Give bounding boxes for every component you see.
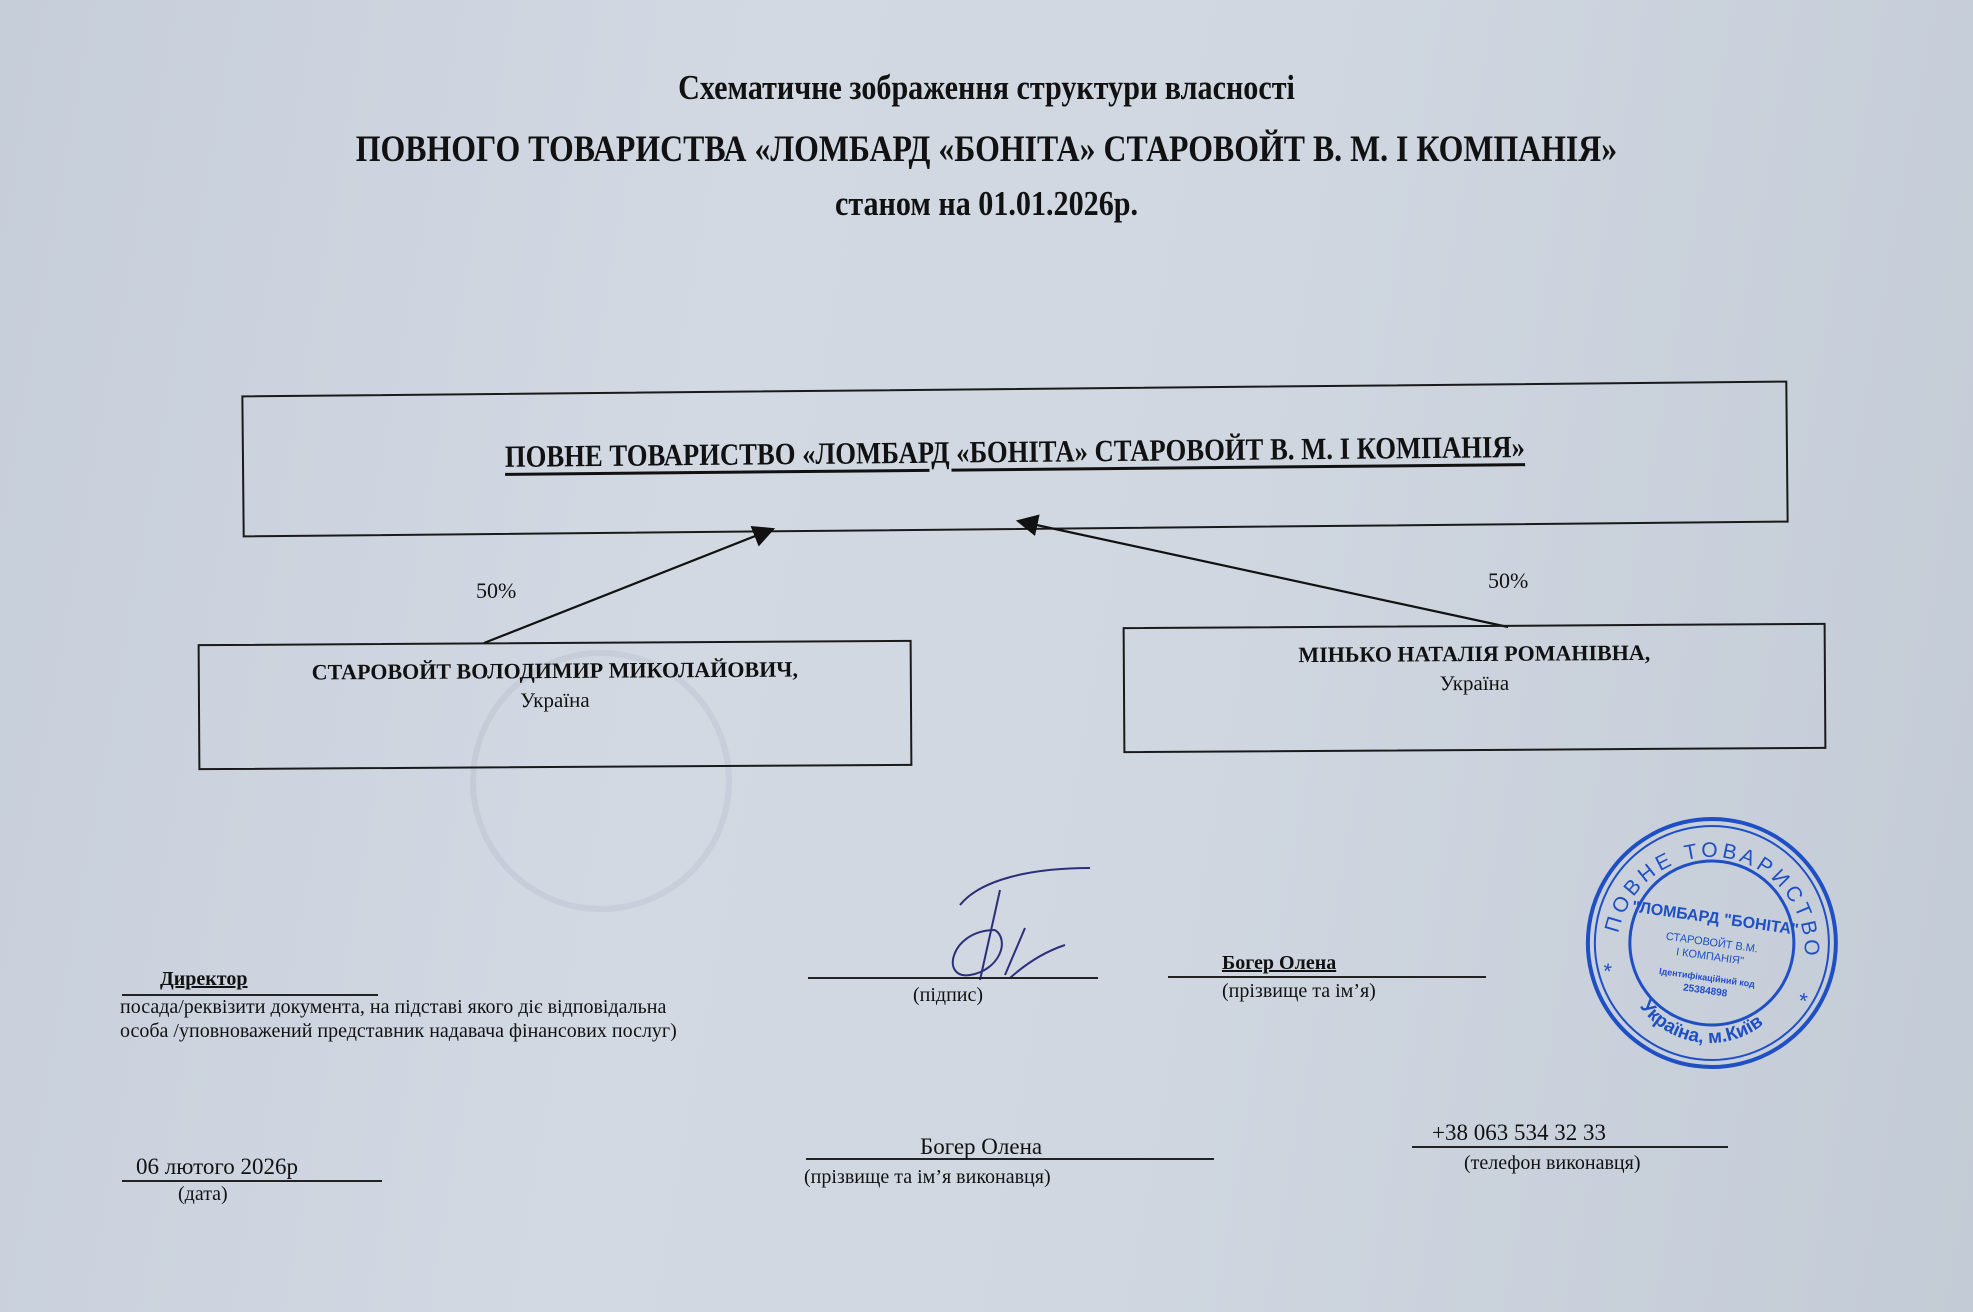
date-value: 06 лютого 2026р xyxy=(136,1154,298,1180)
share-right: 50% xyxy=(1488,568,1528,594)
executor-value: Богер Олена xyxy=(920,1134,1042,1160)
position-field: Директор xyxy=(122,970,378,996)
owner-box: МІНЬКО НАТАЛІЯ РОМАНІВНА, Україна xyxy=(1123,623,1827,753)
executor-field: Богер Олена xyxy=(806,1130,1214,1160)
signature-caption: (підпис) xyxy=(913,984,983,1007)
name-value: Богер Олена xyxy=(1222,952,1336,975)
phone-field: +38 063 534 32 33 xyxy=(1412,1118,1728,1148)
arrow-left-owner xyxy=(484,529,773,643)
arrow-right-owner xyxy=(1018,521,1508,627)
position-value: Директор xyxy=(160,968,248,991)
position-caption-1: посада/реквізити документа, на підставі … xyxy=(120,996,666,1019)
stamp-code-value: 25384898 xyxy=(1682,982,1728,999)
name-caption: (прізвище та ім’я) xyxy=(1222,980,1376,1003)
stamp-line1: "ЛОМБАРД "БОНІТА" xyxy=(1631,899,1800,939)
owner-country: Україна xyxy=(200,686,910,715)
owner-name: МІНЬКО НАТАЛІЯ РОМАНІВНА, xyxy=(1125,639,1824,669)
name-field: Богер Олена xyxy=(1168,952,1486,978)
signature-scribble xyxy=(940,860,1100,990)
share-left: 50% xyxy=(476,578,516,604)
position-caption-2: особа /уповноважений представник надавач… xyxy=(120,1020,677,1043)
stamp-star-left: * xyxy=(1601,958,1613,984)
owner-name: СТАРОВОЙТ ВОЛОДИМИР МИКОЛАЙОВИЧ, xyxy=(200,656,910,686)
date-caption: (дата) xyxy=(178,1183,228,1206)
signature-line xyxy=(808,977,1098,979)
owner-box: СТАРОВОЙТ ВОЛОДИМИР МИКОЛАЙОВИЧ, Україна xyxy=(198,640,913,770)
date-field: 06 лютого 2026р xyxy=(122,1152,382,1182)
phone-caption: (телефон виконавця) xyxy=(1464,1152,1640,1175)
phone-value: +38 063 534 32 33 xyxy=(1432,1120,1606,1146)
company-stamp: ПОВНЕ ТОВАРИСТВО Україна, м.Київ * * "ЛО… xyxy=(1561,796,1862,1089)
owner-country: Україна xyxy=(1125,669,1824,698)
executor-caption: (прізвище та ім’я виконавця) xyxy=(804,1166,1051,1189)
